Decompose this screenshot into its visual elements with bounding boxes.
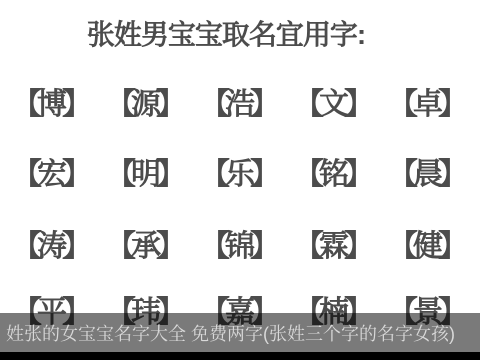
name-char-row-1: 【博】 【源】 【浩】 【文】 【卓】 [0, 87, 480, 123]
name-char-row-3: 【涛】 【承】 【锦】 【霖】 【健】 [0, 229, 480, 265]
name-char-row-2: 【宏】 【明】 【乐】 【铭】 【晨】 [0, 157, 480, 193]
name-char: 【晨】 [388, 157, 463, 193]
name-char: 【博】 [12, 87, 87, 123]
name-char: 【涛】 [12, 229, 87, 265]
name-char: 【乐】 [200, 157, 275, 193]
name-char: 【霖】 [294, 229, 369, 265]
page-title-text: 张姓男宝宝取名宜用字: [87, 19, 365, 50]
name-char: 【文】 [294, 87, 369, 123]
page-title: 张姓男宝宝取名宜用字: [0, 16, 480, 54]
name-char: 【明】 [106, 157, 181, 193]
name-char: 【健】 [388, 229, 463, 265]
name-char: 【源】 [106, 87, 181, 123]
name-char: 【承】 [106, 229, 181, 265]
name-char: 【卓】 [388, 87, 463, 123]
caption-overlay-bar: 姓张的女宝宝名字大全 免费两字(张姓三个字的名字女孩) [0, 313, 480, 352]
caption-text: 姓张的女宝宝名字大全 免费两字(张姓三个字的名字女孩) [6, 320, 455, 346]
name-char: 【铭】 [294, 157, 369, 193]
name-char: 【锦】 [200, 229, 275, 265]
bottom-black-strip [0, 352, 480, 360]
image-canvas: 张姓男宝宝取名宜用字: 【博】 【源】 【浩】 【文】 【卓】 【宏】 【明】 … [0, 0, 480, 360]
name-char: 【浩】 [200, 87, 275, 123]
name-char: 【宏】 [12, 157, 87, 193]
